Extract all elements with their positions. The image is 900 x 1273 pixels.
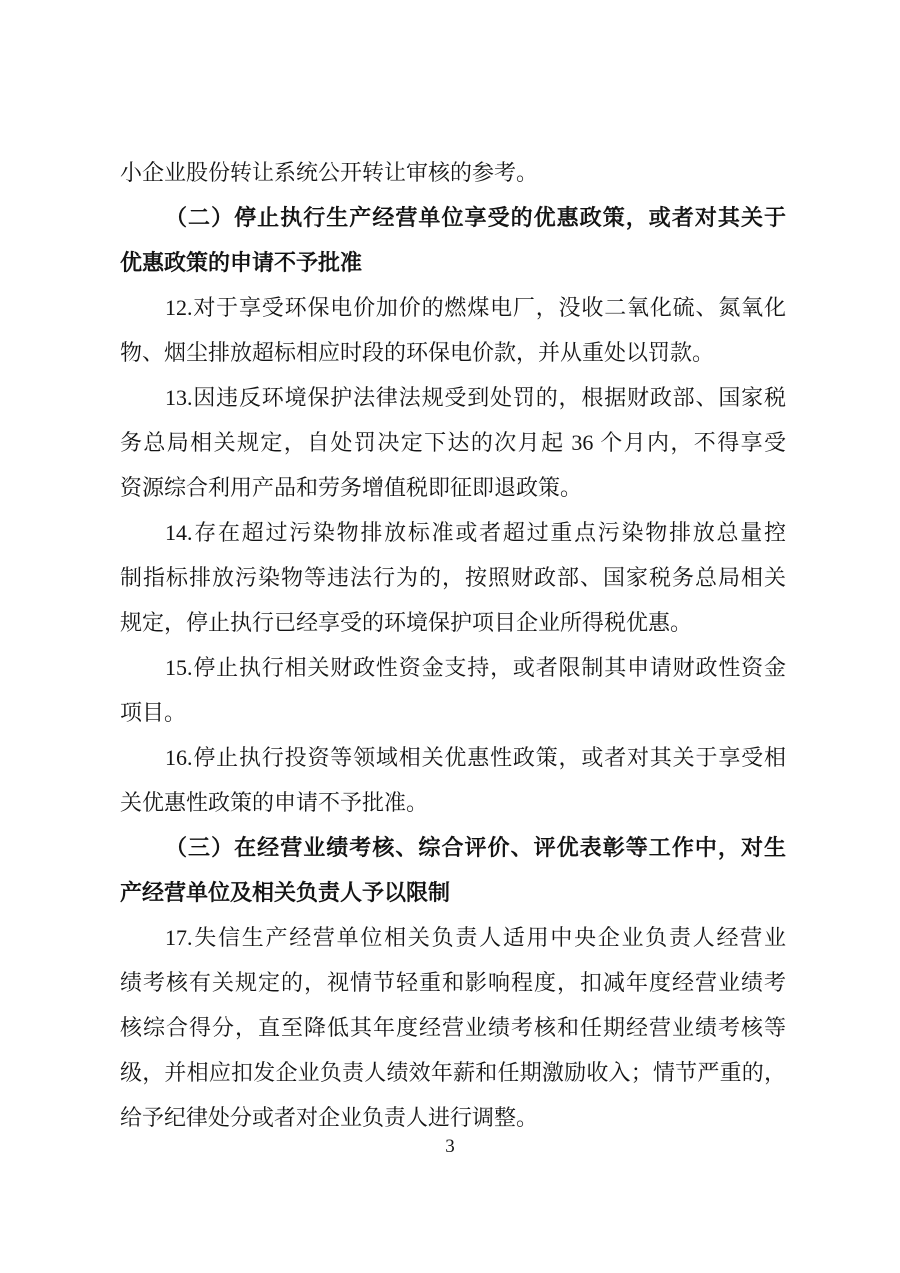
text-line: 给予纪律处分或者对企业负责人进行调整。 <box>120 1095 786 1140</box>
text-line: 优惠政策的申请不予批准 <box>120 240 786 285</box>
text-line: 小企业股份转让系统公开转让审核的参考。 <box>120 150 786 195</box>
text-line: 规定，停止执行已经享受的环境保护项目企业所得税优惠。 <box>120 600 786 645</box>
text-line: 级，并相应扣发企业负责人绩效年薪和任期激励收入；情节严重的， <box>120 1050 786 1095</box>
text-line: （二）停止执行生产经营单位享受的优惠政策，或者对其关于 <box>120 195 786 240</box>
text-line: 制指标排放污染物等违法行为的，按照财政部、国家税务总局相关 <box>120 555 786 600</box>
text-line: （三）在经营业绩考核、综合评价、评优表彰等工作中，对生 <box>120 825 786 870</box>
text-line: 务总局相关规定，自处罚决定下达的次月起 36 个月内，不得享受 <box>120 420 786 465</box>
text-line: 14.存在超过污染物排放标准或者超过重点污染物排放总量控 <box>120 510 786 555</box>
text-line: 项目。 <box>120 690 786 735</box>
page-number: 3 <box>0 1136 900 1158</box>
text-line: 物、烟尘排放超标相应时段的环保电价款，并从重处以罚款。 <box>120 330 786 375</box>
text-line: 15.停止执行相关财政性资金支持，或者限制其申请财政性资金 <box>120 645 786 690</box>
text-line: 16.停止执行投资等领域相关优惠性政策，或者对其关于享受相 <box>120 735 786 780</box>
text-line: 资源综合利用产品和劳务增值税即征即退政策。 <box>120 465 786 510</box>
text-line: 绩考核有关规定的，视情节轻重和影响程度，扣减年度经营业绩考 <box>120 960 786 1005</box>
text-line: 关优惠性政策的申请不予批准。 <box>120 780 786 825</box>
text-line: 12.对于享受环保电价加价的燃煤电厂，没收二氧化硫、氮氧化 <box>120 285 786 330</box>
text-line: 17.失信生产经营单位相关负责人适用中央企业负责人经营业 <box>120 915 786 960</box>
text-line: 13.因违反环境保护法律法规受到处罚的，根据财政部、国家税 <box>120 375 786 420</box>
document-body: 小企业股份转让系统公开转让审核的参考。（二）停止执行生产经营单位享受的优惠政策，… <box>120 150 786 1140</box>
text-line: 产经营单位及相关负责人予以限制 <box>120 870 786 915</box>
text-line: 核综合得分，直至降低其年度经营业绩考核和任期经营业绩考核等 <box>120 1005 786 1050</box>
document-page: 小企业股份转让系统公开转让审核的参考。（二）停止执行生产经营单位享受的优惠政策，… <box>0 0 900 1273</box>
